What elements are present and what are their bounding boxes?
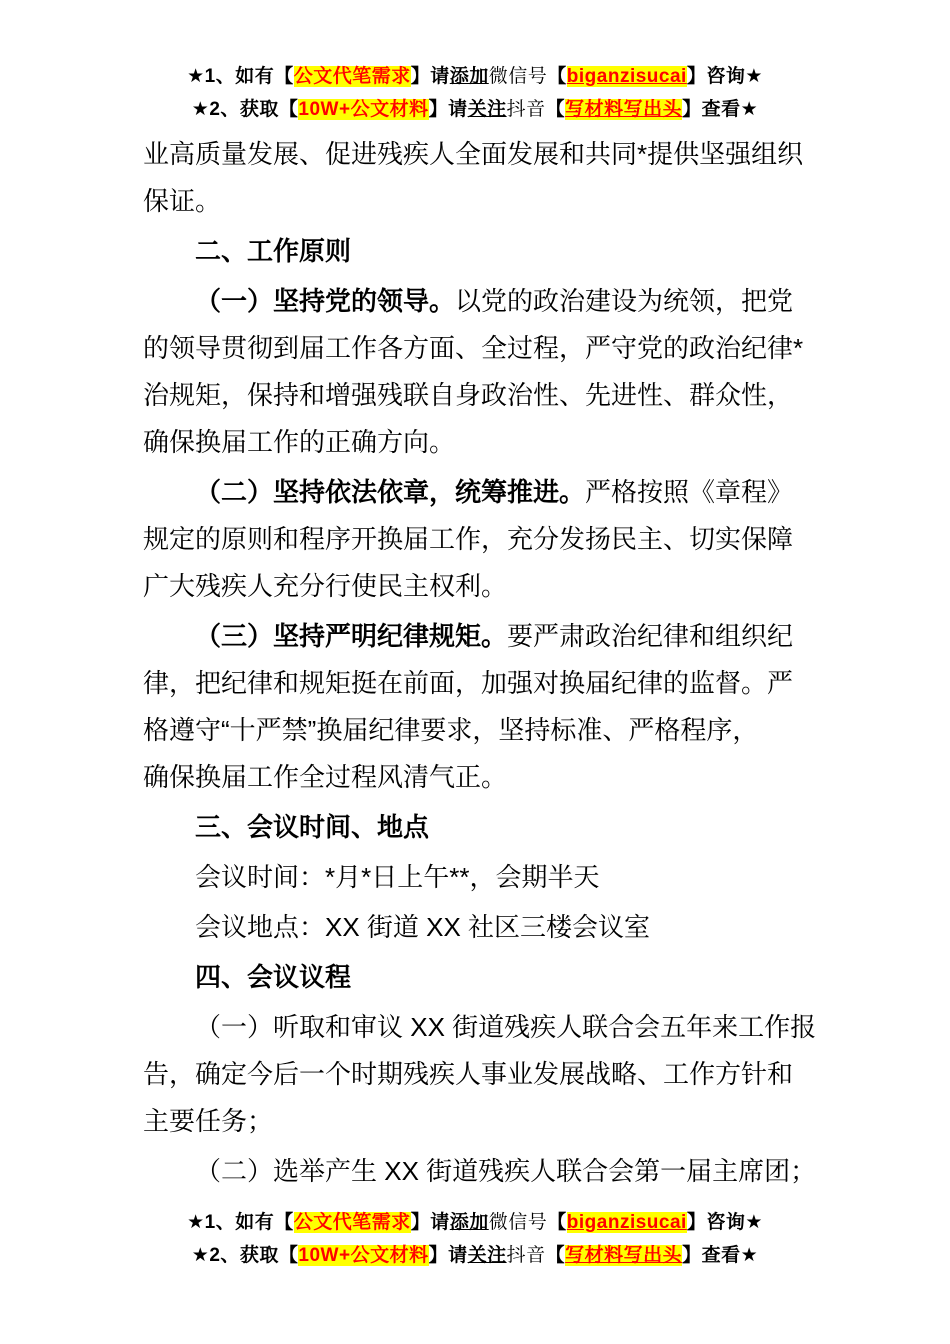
text-run: （一）坚持党的领导。 [195,286,455,316]
text-run: （一）听取和审议 XX 街道残疾人联合会五年来工作报 [195,1012,816,1042]
text-run: 】咨询★ [687,66,763,87]
text-run: 10W+公文材料 [298,1245,428,1266]
text-run: 确保换届工作全过程风清气正。 [143,762,507,792]
text-line: 确保换届工作的正确方向。 [143,419,818,466]
text-run: 10W+公文材料 [298,99,428,120]
text-run: biganzisucai [567,66,687,87]
text-line: 律，把纪律和规矩挺在前面，加强对换届纪律的监督。严 [143,660,818,707]
para-principle-1: （一）坚持党的领导。以党的政治建设为统领，把党的领导贯彻到届工作各方面、全过程，… [143,278,818,466]
text-line: 的领导贯彻到届工作各方面、全过程，严守党的政治纪律* [143,325,818,372]
text-line: 治规矩，保持和增强残联自身政治性、先进性、群众性， [143,372,818,419]
text-line: 保证。 [143,178,818,225]
para-agenda-2: （二）选举产生 XX 街道残疾人联合会第一届主席团； [143,1148,818,1195]
text-run: 确保换届工作的正确方向。 [143,427,455,457]
para-meeting-time: 会议时间：*月*日上午**，会期半天 [143,854,818,901]
text-line: （三）坚持严明纪律规矩。要严肃政治纪律和组织纪 [143,613,818,660]
heading-meeting-time-place: 三、会议时间、地点 [143,804,818,851]
text-run: ★2、获取【 [192,99,299,120]
document-page: { "colors": { "highlight_bg": "#ffff00",… [0,0,950,1344]
promo-footer: ★1、如有【公文代笔需求】请添加微信号【biganzisucai】咨询★★2、获… [0,1206,950,1272]
text-run: 【 [546,1245,566,1266]
text-run: 会议时间：*月*日上午**，会期半天 [195,862,599,892]
text-run: 要严肃政治纪律和组织纪 [507,621,793,651]
text-line: 格遵守“十严禁”换届纪律要求，坚持标准、严格程序， [143,707,818,754]
text-run: 】查看★ [682,1245,758,1266]
text-run: 广大残疾人充分行使民主权利。 [143,571,507,601]
text-run: 写材料写出头 [565,1245,682,1266]
text-run: 以党的政治建设为统领，把党 [455,286,793,316]
text-run: 治规矩，保持和增强残联自身政治性、先进性、群众性， [143,380,793,410]
text-line: 三、会议时间、地点 [143,804,818,851]
text-run: 的领导贯彻到届工作各方面、全过程，严守党的政治纪律* [143,333,803,363]
promo-header: ★1、如有【公文代笔需求】请添加微信号【biganzisucai】咨询★★2、获… [0,0,950,126]
text-run: 公文代笔需求 [294,66,411,87]
text-run: biganzisucai [567,1212,687,1233]
text-run: （三）坚持严明纪律规矩。 [195,621,507,651]
text-run: 保证。 [143,186,221,216]
text-run: 】请 [411,66,450,87]
text-line: （二）选举产生 XX 街道残疾人联合会第一届主席团； [143,1148,818,1195]
text-run: 【 [547,66,567,87]
text-run: 严格按照《章程》 [585,477,793,507]
text-run: 抖音 [507,1245,546,1266]
promo-line: ★2、获取【10W+公文材料】请关注抖音【写材料写出头】查看★ [0,93,950,126]
promo-line: ★2、获取【10W+公文材料】请关注抖音【写材料写出头】查看★ [0,1239,950,1272]
para-agenda-1: （一）听取和审议 XX 街道残疾人联合会五年来工作报告，确定今后一个时期残疾人事… [143,1004,818,1145]
text-run: 【 [546,99,566,120]
text-run: 业高质量发展、促进残疾人全面发展和共同*提供坚强组织 [143,139,803,169]
text-line: 告，确定今后一个时期残疾人事业发展战略、工作方针和 [143,1051,818,1098]
text-run: 抖音 [507,99,546,120]
text-run: 微信号 [489,66,548,87]
text-run: 告，确定今后一个时期残疾人事业发展战略、工作方针和 [143,1059,793,1089]
text-run: 三、会议时间、地点 [195,812,429,842]
para-continuation: 业高质量发展、促进残疾人全面发展和共同*提供坚强组织保证。 [143,131,818,225]
text-run: 】咨询★ [687,1212,763,1233]
text-run: 关注 [468,99,507,120]
text-line: 会议时间：*月*日上午**，会期半天 [143,854,818,901]
text-line: 二、工作原则 [143,228,818,275]
text-run: 】请 [429,99,468,120]
text-run: 规定的原则和程序开换届工作，充分发扬民主、切实保障 [143,524,793,554]
text-run: 】查看★ [682,99,758,120]
text-run: 二、工作原则 [195,236,351,266]
text-run: ★2、获取【 [192,1245,299,1266]
document-body: 业高质量发展、促进残疾人全面发展和共同*提供坚强组织保证。二、工作原则（一）坚持… [0,131,950,1195]
text-line: 会议地点：XX 街道 XX 社区三楼会议室 [143,904,818,951]
text-line: （二）坚持依法依章，统筹推进。严格按照《章程》 [143,469,818,516]
text-run: 会议地点：XX 街道 XX 社区三楼会议室 [195,912,650,942]
text-run: （二）坚持依法依章，统筹推进。 [195,477,585,507]
text-run: 添加 [450,1212,489,1233]
promo-line: ★1、如有【公文代笔需求】请添加微信号【biganzisucai】咨询★ [0,1206,950,1239]
text-run: ★1、如有【 [187,1212,294,1233]
text-line: 广大残疾人充分行使民主权利。 [143,563,818,610]
text-run: 公文代笔需求 [294,1212,411,1233]
text-run: ★1、如有【 [187,66,294,87]
text-line: 规定的原则和程序开换届工作，充分发扬民主、切实保障 [143,516,818,563]
text-line: （一）坚持党的领导。以党的政治建设为统领，把党 [143,278,818,325]
text-run: 添加 [450,66,489,87]
text-run: 】请 [411,1212,450,1233]
text-run: 格遵守“十严禁”换届纪律要求，坚持标准、严格程序， [143,715,758,745]
text-run: 微信号 [489,1212,548,1233]
text-line: 确保换届工作全过程风清气正。 [143,754,818,801]
para-principle-3: （三）坚持严明纪律规矩。要严肃政治纪律和组织纪律，把纪律和规矩挺在前面，加强对换… [143,613,818,801]
text-line: 业高质量发展、促进残疾人全面发展和共同*提供坚强组织 [143,131,818,178]
text-run: 】请 [429,1245,468,1266]
text-line: 四、会议议程 [143,954,818,1001]
text-run: 主要任务； [143,1106,273,1136]
text-run: 律，把纪律和规矩挺在前面，加强对换届纪律的监督。严 [143,668,793,698]
text-run: 四、会议议程 [195,962,351,992]
text-run: 写材料写出头 [565,99,682,120]
text-line: 主要任务； [143,1098,818,1145]
heading-meeting-agenda: 四、会议议程 [143,954,818,1001]
para-principle-2: （二）坚持依法依章，统筹推进。严格按照《章程》规定的原则和程序开换届工作，充分发… [143,469,818,610]
text-run: 关注 [468,1245,507,1266]
text-run: 【 [547,1212,567,1233]
text-line: （一）听取和审议 XX 街道残疾人联合会五年来工作报 [143,1004,818,1051]
para-meeting-place: 会议地点：XX 街道 XX 社区三楼会议室 [143,904,818,951]
text-run: （二）选举产生 XX 街道残疾人联合会第一届主席团； [195,1156,816,1186]
heading-work-principles: 二、工作原则 [143,228,818,275]
promo-line: ★1、如有【公文代笔需求】请添加微信号【biganzisucai】咨询★ [0,60,950,93]
